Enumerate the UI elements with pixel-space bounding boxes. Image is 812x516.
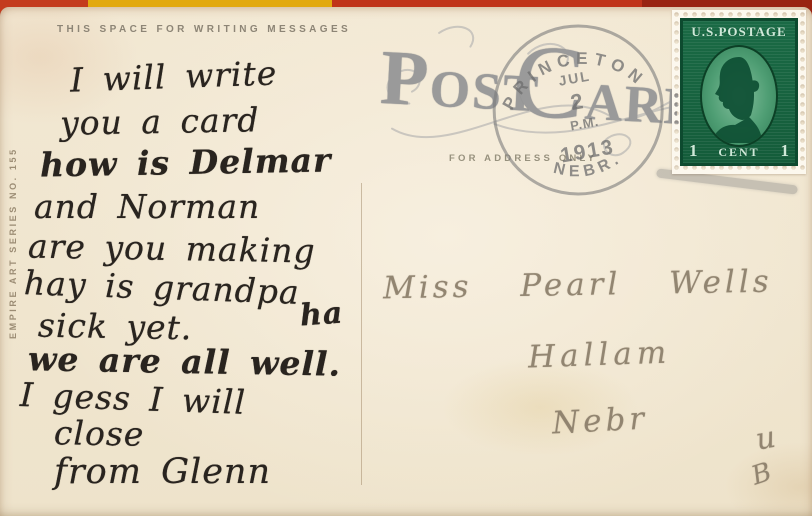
postmark-day: 2 <box>568 88 584 115</box>
stamp-value-right: 1 <box>781 141 790 161</box>
stamp-frame: U.S.POSTAGE 1 CENT 1 <box>680 18 798 166</box>
address-town: Hallam <box>527 335 671 376</box>
message-line: close <box>54 413 145 454</box>
postcard-back: THIS SPACE FOR WRITING MESSAGES EMPIRE A… <box>0 7 812 516</box>
center-divider-line <box>361 183 362 485</box>
message-line: how is Delmar <box>40 140 332 184</box>
message-line: hay is grandpa <box>23 263 300 312</box>
stamp-value-band: 1 CENT 1 <box>683 141 795 161</box>
address-recipient: Miss Pearl Wells <box>383 264 773 307</box>
message-line: from Glenn <box>54 452 271 492</box>
postmark-meridiem: P.M. <box>569 114 600 134</box>
address-state: Nebr <box>551 401 649 442</box>
message-line: and Norman <box>34 187 260 226</box>
stamp-portrait-frame <box>700 45 778 147</box>
stamp-value-left: 1 <box>689 141 698 161</box>
postmark: PRINCETON NEBR. JUL 2 P.M. 1913 <box>471 0 686 220</box>
washington-profile-icon <box>702 51 772 143</box>
message-insertion: ha <box>299 296 345 334</box>
message-line: I will write <box>69 53 278 99</box>
stamp-country-label: U.S.POSTAGE <box>683 24 795 40</box>
edge-pencil-mark: u <box>753 419 780 457</box>
stamp-value-word: CENT <box>718 145 759 160</box>
writing-space-caption: THIS SPACE FOR WRITING MESSAGES <box>57 24 351 35</box>
message-line: you a card <box>60 100 260 142</box>
edge-pencil-mark: B <box>748 456 777 491</box>
series-caption: EMPIRE ART SERIES NO. 155 <box>8 99 18 339</box>
postage-stamp: U.S.POSTAGE 1 CENT 1 <box>672 10 806 174</box>
